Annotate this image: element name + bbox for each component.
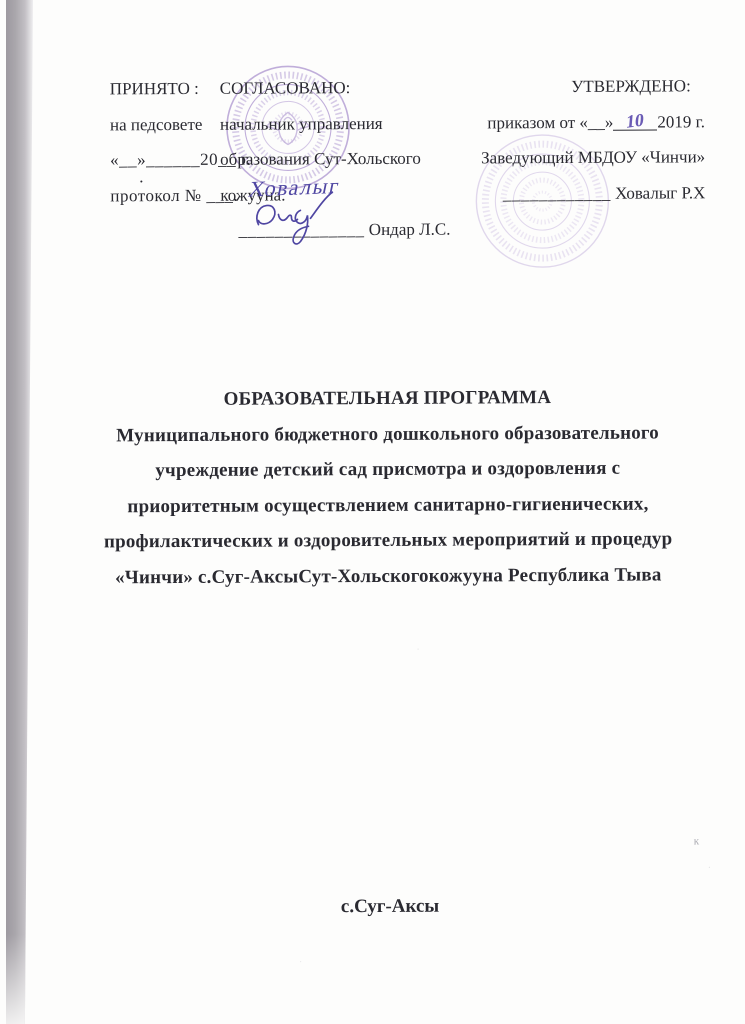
scan-speck: · [417, 645, 420, 654]
approved-order-line: приказом от «__»102019 г. [481, 104, 705, 141]
title-line-2: Муниципального бюджетного дошкольного об… [35, 415, 741, 454]
footer-location: с.Суг-Аксы [37, 887, 743, 926]
handwritten-date: 10 [626, 111, 645, 131]
approved-column: УТВЕРЖДЕНО: приказом от «__»102019 г. За… [481, 68, 706, 212]
order-date-blank: 10 [613, 112, 657, 130]
khovalyg-handwritten-signature: Ховалыг [245, 167, 343, 207]
title-line-6: «Чинчи» с.Суг-АксыСут-Хольскогокожууна Р… [35, 557, 741, 596]
approved-order-suffix: 2019 г. [657, 112, 705, 131]
stray-period: . [139, 167, 143, 187]
approved-order-prefix: приказом от «__» [487, 112, 613, 132]
title-line-3: учреждение детский сад присмотра и оздор… [35, 450, 741, 489]
scan-speck: · [299, 957, 302, 966]
approved-title: УТВЕРЖДЕНО: [481, 68, 705, 105]
agreed-line-1: начальник управления [220, 105, 450, 142]
title-line-5: профилактических и оздоровительных мероп… [35, 521, 741, 560]
scanned-page: ПРИНЯТО : на педсовете «__»______20__ г.… [0, 0, 745, 1024]
approved-signatory-name: Ховалыг Р.Х [615, 183, 705, 202]
title-line-4: приоритетным осуществлением санитарно-ги… [35, 486, 741, 525]
document-title-block: ОБРАЗОВАТЕЛЬНАЯ ПРОГРАММА Муниципального… [34, 379, 741, 596]
approved-signature-blank: ____________ [503, 184, 611, 204]
title-line-1: ОБРАЗОВАТЕЛЬНАЯ ПРОГРАММА [34, 379, 740, 418]
approved-position-line: Заведующий МБДОУ «Чинчи» [481, 139, 705, 176]
scan-speck: к [694, 835, 699, 847]
scan-speck: · [708, 862, 711, 872]
agreed-signatory-name: Ондар Л.С. [369, 220, 451, 239]
agreed-title: СОГЛАСОВАНО: [220, 70, 450, 107]
approved-signature-row: Ховалыг ____________ Ховалыг Р.Х [481, 175, 705, 212]
